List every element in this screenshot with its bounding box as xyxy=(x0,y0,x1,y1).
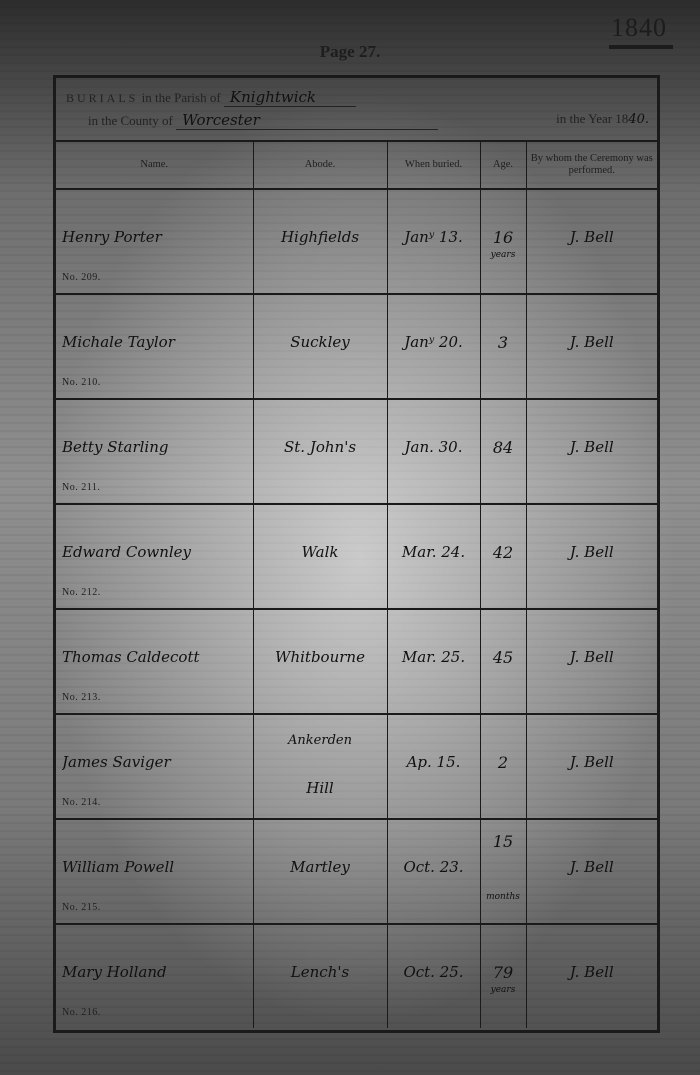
heading-burials: BURIALS xyxy=(66,91,138,105)
age-cell: 16years xyxy=(480,189,526,294)
entry-number: No. 214. xyxy=(62,797,101,808)
col-officiant: By whom the Ceremony was performed. xyxy=(526,141,657,189)
table-row: William PowellNo. 215.MartleyOct. 23.15m… xyxy=(56,819,657,924)
officiant-cell: J. Bell xyxy=(526,189,657,294)
officiant: J. Bell xyxy=(527,963,658,981)
officiant-cell: J. Bell xyxy=(526,294,657,399)
age: 45 xyxy=(481,648,526,667)
when-buried-cell: Ap. 15. xyxy=(387,714,480,819)
officiant-cell: J. Bell xyxy=(526,399,657,504)
deceased-name: Mary Holland xyxy=(62,963,249,981)
burial-date: Ap. 15. xyxy=(388,753,480,771)
burial-date: Mar. 24. xyxy=(388,543,480,561)
age: 16 xyxy=(481,228,526,247)
name-cell: William PowellNo. 215. xyxy=(56,819,253,924)
abode: Walk xyxy=(254,543,387,561)
name-cell: James SavigerNo. 214. xyxy=(56,714,253,819)
burial-date: Janʸ 20. xyxy=(388,333,480,351)
officiant: J. Bell xyxy=(527,753,658,771)
age: 3 xyxy=(481,333,526,352)
abode-cell: AnkerdenHill xyxy=(253,714,387,819)
col-name: Name. xyxy=(56,141,253,189)
officiant: J. Bell xyxy=(527,438,658,456)
name-cell: Michale TaylorNo. 210. xyxy=(56,294,253,399)
parish-name: Knightwick xyxy=(224,88,356,107)
age: 84 xyxy=(481,438,526,457)
county-line: in the County of Worcester xyxy=(88,111,438,130)
abode: Lench's xyxy=(254,963,387,981)
entry-number: No. 209. xyxy=(62,272,101,283)
age-cell: 84 xyxy=(480,399,526,504)
officiant: J. Bell xyxy=(527,543,658,561)
table-row: Henry PorterNo. 209.HighfieldsJanʸ 13.16… xyxy=(56,189,657,294)
entry-number: No. 212. xyxy=(62,587,101,598)
col-when-buried: When buried. xyxy=(387,141,480,189)
abode-cell: Lench's xyxy=(253,924,387,1028)
entry-number: No. 210. xyxy=(62,377,101,388)
heading-parish-prefix: in the Parish of xyxy=(142,90,221,105)
deceased-name: Edward Cownley xyxy=(62,543,249,561)
table-row: Edward CownleyNo. 212.WalkMar. 24.42J. B… xyxy=(56,504,657,609)
when-buried-cell: Janʸ 20. xyxy=(387,294,480,399)
burial-date: Oct. 23. xyxy=(388,858,480,876)
deceased-name: Michale Taylor xyxy=(62,333,249,351)
table-row: Betty StarlingNo. 211.St. John'sJan. 30.… xyxy=(56,399,657,504)
abode: Highfields xyxy=(254,228,387,246)
col-abode: Abode. xyxy=(253,141,387,189)
when-buried-cell: Mar. 24. xyxy=(387,504,480,609)
entry-number: No. 211. xyxy=(62,482,100,493)
year-value: 40. xyxy=(628,112,649,127)
table-row: Thomas CaldecottNo. 213.WhitbourneMar. 2… xyxy=(56,609,657,714)
burial-date: Oct. 25. xyxy=(388,963,480,981)
abode-cell: Highfields xyxy=(253,189,387,294)
when-buried-cell: Oct. 23. xyxy=(387,819,480,924)
register-page-photo: 1840 Page 27. BURIALS in the Parish of K… xyxy=(0,0,700,1075)
officiant: J. Bell xyxy=(527,333,658,351)
officiant-cell: J. Bell xyxy=(526,819,657,924)
name-cell: Thomas CaldecottNo. 213. xyxy=(56,609,253,714)
register-heading: BURIALS in the Parish of Knightwick xyxy=(66,88,356,107)
abode: St. John's xyxy=(254,438,387,456)
entry-number: No. 215. xyxy=(62,902,101,913)
age: 15 xyxy=(481,832,526,851)
age-cell: 2 xyxy=(480,714,526,819)
name-cell: Edward CownleyNo. 212. xyxy=(56,504,253,609)
age: 79 xyxy=(481,963,526,982)
abode: Martley xyxy=(254,858,387,876)
age-unit: months xyxy=(481,892,526,902)
age-cell: 15months xyxy=(480,819,526,924)
age-unit: years xyxy=(481,985,526,995)
age-cell: 79years xyxy=(480,924,526,1028)
name-cell: Henry PorterNo. 209. xyxy=(56,189,253,294)
abode-cell: Whitbourne xyxy=(253,609,387,714)
abode: Ankerden xyxy=(254,733,387,748)
burial-register: BURIALS in the Parish of Knightwick in t… xyxy=(53,75,660,1033)
abode-cell: Martley xyxy=(253,819,387,924)
deceased-name: James Saviger xyxy=(62,753,249,771)
officiant: J. Bell xyxy=(527,648,658,666)
page-label: Page 27. xyxy=(0,42,700,62)
name-cell: Mary HollandNo. 216. xyxy=(56,924,253,1028)
table-row: James SavigerNo. 214.AnkerdenHillAp. 15.… xyxy=(56,714,657,819)
deceased-name: William Powell xyxy=(62,858,249,876)
abode-line2: Hill xyxy=(254,779,387,797)
abode-cell: Suckley xyxy=(253,294,387,399)
when-buried-cell: Janʸ 13. xyxy=(387,189,480,294)
age-cell: 42 xyxy=(480,504,526,609)
deceased-name: Henry Porter xyxy=(62,228,249,246)
age-unit: years xyxy=(481,250,526,260)
col-age: Age. xyxy=(480,141,526,189)
heading-county-prefix: in the County of xyxy=(88,113,173,128)
abode-cell: Walk xyxy=(253,504,387,609)
burial-date: Jan. 30. xyxy=(388,438,480,456)
entry-number: No. 213. xyxy=(62,692,101,703)
abode-cell: St. John's xyxy=(253,399,387,504)
table-header-row: Name. Abode. When buried. Age. By whom t… xyxy=(56,141,657,189)
when-buried-cell: Jan. 30. xyxy=(387,399,480,504)
table-row: Mary HollandNo. 216.Lench'sOct. 25.79yea… xyxy=(56,924,657,1028)
year-stamp: 1840 xyxy=(611,13,667,43)
officiant: J. Bell xyxy=(527,228,658,246)
name-cell: Betty StarlingNo. 211. xyxy=(56,399,253,504)
year-line: in the Year 1840. xyxy=(556,111,649,127)
officiant-cell: J. Bell xyxy=(526,504,657,609)
heading-year-prefix: in the Year 18 xyxy=(556,111,628,126)
burial-table: Name. Abode. When buried. Age. By whom t… xyxy=(56,140,657,1028)
age-cell: 45 xyxy=(480,609,526,714)
table-row: Michale TaylorNo. 210.SuckleyJanʸ 20.3J.… xyxy=(56,294,657,399)
officiant: J. Bell xyxy=(527,858,658,876)
when-buried-cell: Oct. 25. xyxy=(387,924,480,1028)
age-cell: 3 xyxy=(480,294,526,399)
deceased-name: Thomas Caldecott xyxy=(62,648,249,666)
burial-date: Janʸ 13. xyxy=(388,228,480,246)
when-buried-cell: Mar. 25. xyxy=(387,609,480,714)
abode: Suckley xyxy=(254,333,387,351)
deceased-name: Betty Starling xyxy=(62,438,249,456)
burial-date: Mar. 25. xyxy=(388,648,480,666)
abode: Whitbourne xyxy=(254,648,387,666)
officiant-cell: J. Bell xyxy=(526,714,657,819)
county-name: Worcester xyxy=(176,111,438,130)
officiant-cell: J. Bell xyxy=(526,924,657,1028)
age: 42 xyxy=(481,543,526,562)
officiant-cell: J. Bell xyxy=(526,609,657,714)
age: 2 xyxy=(481,753,526,772)
entry-number: No. 216. xyxy=(62,1007,101,1018)
